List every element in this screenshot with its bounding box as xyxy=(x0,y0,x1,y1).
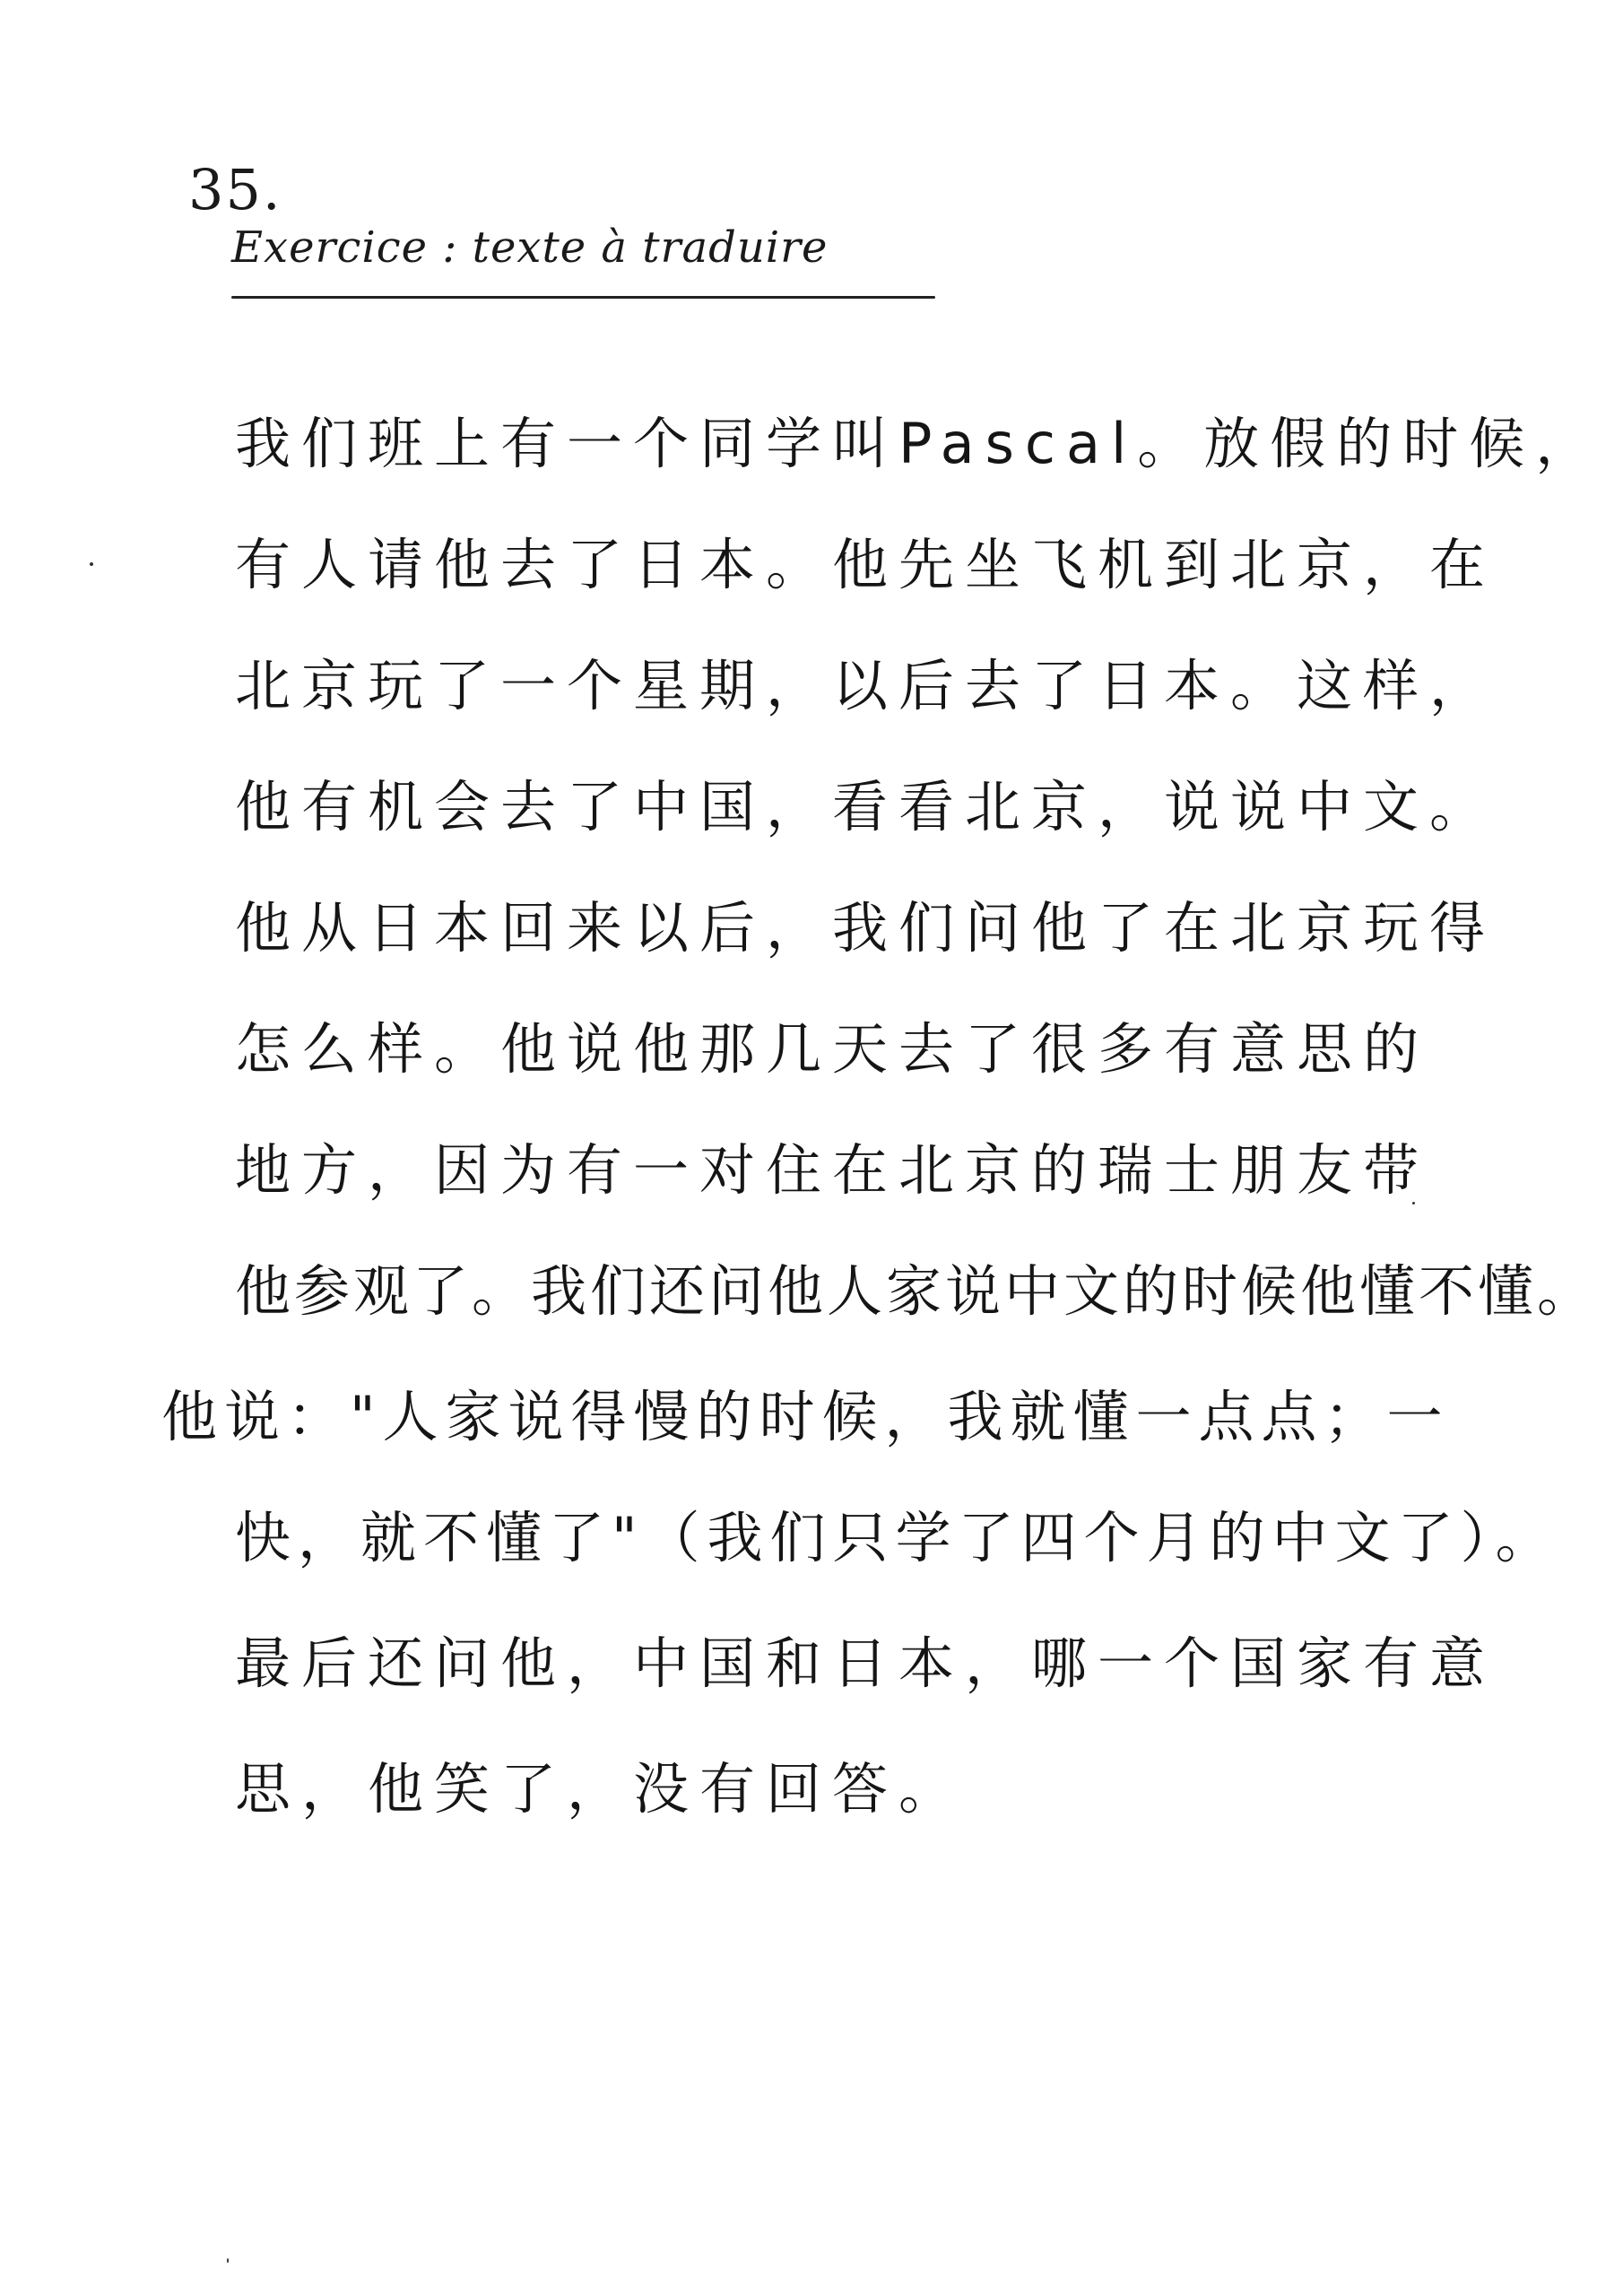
text-line-9: 他说："人家说得慢的时候，我就懂一点点；一 xyxy=(161,1381,1450,1453)
text-line-10: 快，就不懂了"（我们只学了四个月的中文了）。 xyxy=(235,1502,1558,1574)
exercise-heading: Exercice : texte à traduire xyxy=(231,222,828,273)
heading-underline xyxy=(231,296,935,299)
text-line-12: 思，他笑了，没有回答。 xyxy=(235,1753,965,1825)
exercise-number: 35. xyxy=(188,157,282,222)
scan-speck xyxy=(227,2258,229,2263)
text-line-2: 有人请他去了日本。他先坐飞机到北京，在 xyxy=(235,529,1496,601)
text-line-3: 北京玩了一个星期，以后去了日本。这样， xyxy=(235,650,1496,722)
text-line-4: 他有机会去了中国，看看北京，说说中文。 xyxy=(235,771,1496,843)
text-line-6: 怎么样。他说他那几天去了很多有意思的 xyxy=(235,1013,1429,1085)
text-line-1: 我们班上有一个同学叫Pascal。放假的时候， xyxy=(235,408,1601,480)
text-line-5: 他从日本回来以后，我们问他了在北京玩得 xyxy=(235,892,1496,964)
scan-speck xyxy=(1412,1202,1415,1205)
scan-speck xyxy=(90,562,93,566)
scanned-page: 35. Exercice : texte à traduire 我们班上有一个同… xyxy=(0,0,1623,2296)
text-line-8: 他参观了。我们还问他人家说中文的时候他懂不懂。 xyxy=(235,1256,1596,1327)
text-line-7: 地方，因为有一对住在北京的瑞士朋友带 xyxy=(235,1135,1429,1206)
text-line-11: 最后还问他，中国和日本，哪一个国家有意 xyxy=(235,1628,1496,1700)
